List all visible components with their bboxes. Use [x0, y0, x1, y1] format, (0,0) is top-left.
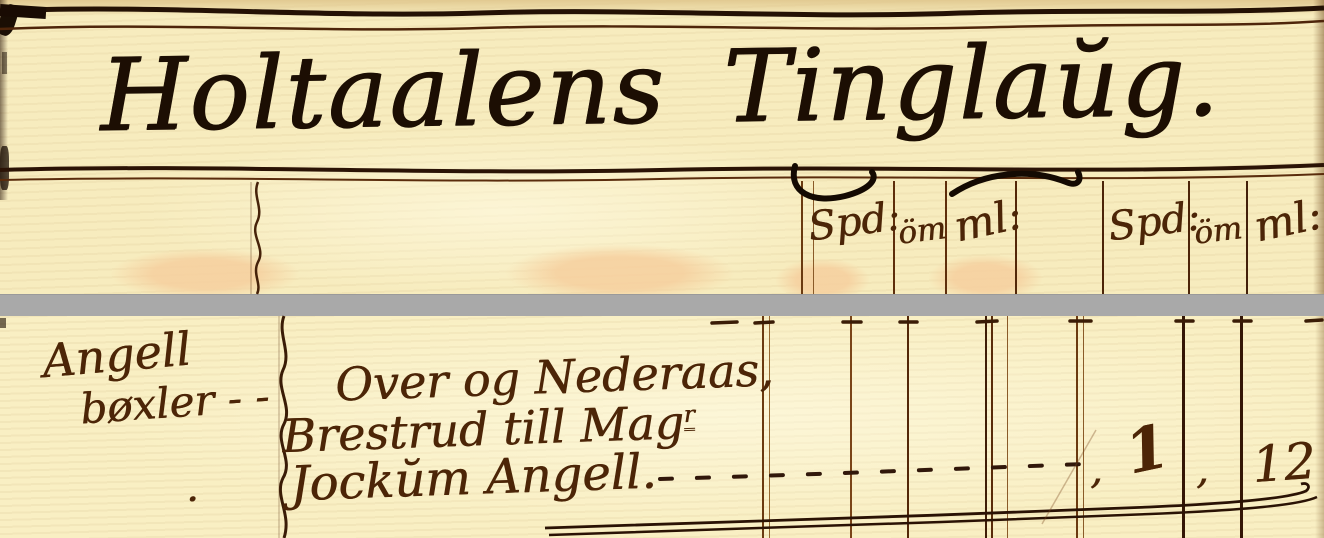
column-header-ore: öm: [896, 213, 947, 250]
under-title-rule: [0, 165, 1324, 171]
manuscript-scan: Holtaalens Tinglaŭg. Spd: öm ml: Spd: öm…: [0, 0, 1324, 538]
calligraphy-flourish: [952, 172, 1080, 194]
value-ore-mark: ,: [1196, 450, 1209, 490]
leader-dots: [660, 464, 1085, 479]
column-top-dashes: [712, 320, 1322, 323]
margin-wavy-rule: [255, 182, 260, 294]
bottom-strip: Angell bøxler - - . Over og Nederaas, Br…: [0, 316, 1324, 538]
value-pre-mark: ,: [1090, 450, 1103, 490]
page-title: Holtaalens Tinglaŭg.: [39, 29, 1280, 146]
margin-note-dot: .: [186, 468, 199, 508]
entry-line2-superscript: r: [683, 401, 695, 430]
column-header-ore: öm: [1192, 213, 1243, 250]
entry-line1: Over og Nederaas,: [334, 346, 774, 407]
column-header-spd: Spd:: [806, 197, 902, 248]
entry-line3: Jockŭm Angell.: [289, 448, 657, 509]
margin-note-line1: Angell: [40, 326, 192, 385]
top-strip: Holtaalens Tinglaŭg. Spd: öm ml: Spd: öm…: [0, 0, 1324, 294]
calligraphy-flourish: [794, 166, 874, 198]
top-border-rule: [0, 8, 1324, 15]
value-ml: 12: [1250, 436, 1317, 490]
column-header-spd: Spd:: [1106, 197, 1202, 248]
under-title-rule-2: [0, 174, 1324, 181]
scan-separator-band: [0, 294, 1324, 318]
top-border-rule-heavy-start: [0, 10, 46, 13]
margin-note-line2: bøxler - -: [79, 375, 271, 430]
